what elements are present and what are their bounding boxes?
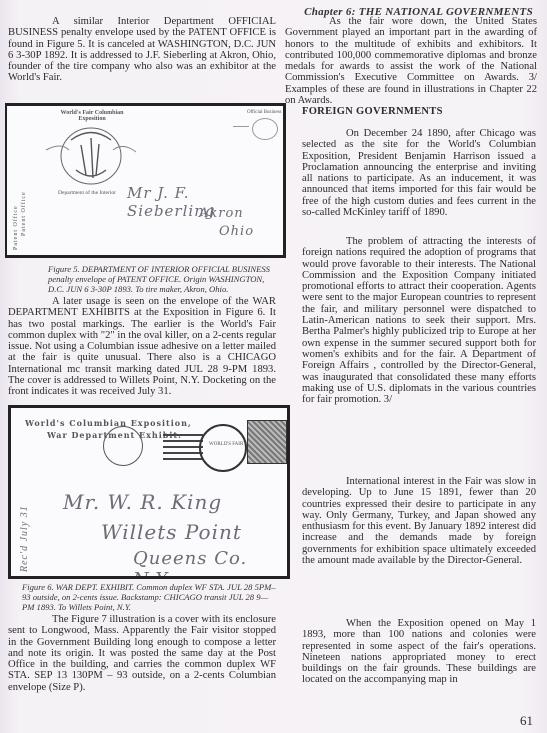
corner-card-line-1: World's Columbian Exposition, bbox=[25, 418, 192, 428]
figure-6-envelope: World's Columbian Exposition, War Depart… bbox=[8, 405, 290, 579]
address-line-3: Queens Co. N.Y. bbox=[133, 548, 287, 579]
right-paragraph-4: International interest in the Fair was s… bbox=[302, 476, 536, 566]
right-paragraph-1: As the fair wore down, the United States… bbox=[285, 16, 537, 106]
dept-interior-text: Department of the Interior bbox=[42, 190, 132, 196]
figure-5-caption: Figure 5. DEPARTMENT OF INTERIOR OFFICIA… bbox=[48, 264, 280, 294]
killer-line bbox=[233, 126, 249, 127]
killer-bar bbox=[163, 440, 203, 442]
figure-5-envelope: Patent Office Patent Office World's Fair… bbox=[5, 103, 286, 258]
right-paragraph-2: On December 24 1890, after Chicago was s… bbox=[302, 128, 536, 218]
address-line-3: Ohio bbox=[219, 224, 254, 239]
envelope-side-text-2: Patent Office bbox=[21, 126, 27, 236]
chicago-transit-postmark bbox=[103, 426, 143, 466]
page-number: 61 bbox=[520, 713, 533, 729]
docketing-note: Rec'd July 31 bbox=[19, 482, 30, 572]
figure-6-caption: Figure 6. WAR DEPT. EXHIBIT. Common dupl… bbox=[22, 582, 280, 612]
washington-postmark bbox=[252, 118, 278, 140]
killer-bar bbox=[163, 458, 203, 460]
official-business-text: Official Business bbox=[247, 110, 282, 115]
address-line-2: Willets Point bbox=[101, 520, 242, 544]
envelope-side-text: Patent Office bbox=[13, 120, 19, 250]
killer-bar bbox=[163, 434, 203, 436]
right-paragraph-5: When the Exposition opened on May 1 1893… bbox=[302, 618, 536, 686]
left-paragraph-3: The Figure 7 illustration is a cover wit… bbox=[8, 614, 276, 693]
killer-bar bbox=[163, 452, 203, 454]
right-paragraph-3: The problem of attracting the interests … bbox=[302, 236, 536, 405]
address-line-2: Akron bbox=[199, 206, 244, 221]
section-heading: FOREIGN GOVERNMENTS bbox=[302, 106, 443, 117]
killer-bar bbox=[163, 446, 203, 448]
left-paragraph-2: A later usage is seen on the envelope of… bbox=[8, 296, 276, 398]
columbian-vignette-icon bbox=[41, 120, 141, 188]
two-cent-stamp bbox=[247, 420, 287, 464]
worlds-fair-postmark bbox=[199, 424, 247, 472]
book-page: Chapter 6: THE NATIONAL GOVERNMENTS A si… bbox=[0, 0, 547, 733]
left-paragraph-1: A similar Interior Department OFFICIAL B… bbox=[8, 16, 276, 84]
address-line-1: Mr. W. R. King bbox=[63, 490, 222, 514]
